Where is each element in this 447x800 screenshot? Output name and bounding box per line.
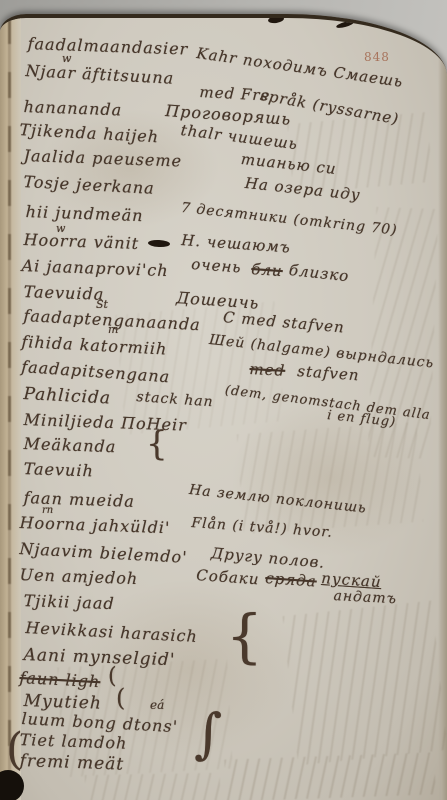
manuscript-word: Ai jaanaprovi'ch xyxy=(21,256,169,280)
superscript-insertion: w xyxy=(62,52,71,65)
grouping-brace: ∫ xyxy=(194,702,222,765)
bleed-through-marks xyxy=(237,422,424,534)
manuscript-word: Meäkanda xyxy=(23,434,116,456)
strikethrough-word: сряда xyxy=(265,569,318,591)
manuscript-word: Tjikii jaad xyxy=(23,591,115,613)
manuscript-gloss: stack han xyxy=(136,389,214,410)
grouping-brace: { xyxy=(226,602,263,670)
bleed-through-marks xyxy=(224,752,435,800)
ink-blot xyxy=(410,26,427,36)
manuscript-gloss: Flån (i två!) hvor. xyxy=(191,515,334,541)
manuscript-gloss: Дошеичь xyxy=(176,288,260,313)
manuscript-gloss: Н. чешаюмъ xyxy=(181,231,292,257)
underlined-word: пускай xyxy=(321,569,382,591)
manuscript-word: Njaavim bielemdo' xyxy=(19,539,188,567)
manuscript-word: Uen amjedoh xyxy=(19,565,138,588)
manuscript-word: Aani mynselgid' xyxy=(23,645,176,670)
manuscript-word: Pahlicida xyxy=(23,384,112,409)
manuscript-word: fremi meät xyxy=(19,751,124,775)
manuscript-word: Jaalida paeuseme xyxy=(23,146,182,171)
manuscript-word: hanananda xyxy=(23,97,122,119)
page-fore-edge xyxy=(438,18,447,800)
grouping-brace: { xyxy=(146,424,168,464)
manuscript-gloss: Собаки xyxy=(196,566,260,588)
manuscript-word: hii jundmeän xyxy=(25,202,144,225)
ink-blot xyxy=(336,20,355,29)
manuscript-word: Taevuih xyxy=(23,459,94,480)
superscript-insertion: St xyxy=(96,298,108,311)
manuscript-word: faadapitsengana xyxy=(21,357,171,386)
manuscript-gloss: На озера иду xyxy=(244,174,361,204)
manuscript-word: Hoorra vänit xyxy=(23,230,139,253)
ink-blot xyxy=(268,15,285,24)
manuscript-gloss: С med stafven xyxy=(222,308,345,337)
manuscript-gloss: близко xyxy=(288,261,350,285)
manuscript-word: Tjikenda haijeh xyxy=(19,120,160,146)
superscript-insertion: m xyxy=(108,323,118,336)
manuscript-word: Tiet lamdoh xyxy=(19,730,127,753)
manuscript-word: Njaar äftitsuuna xyxy=(25,61,175,88)
notebook-page: 848 faadalmaandasier Kahr походимъ Смаеш… xyxy=(0,14,447,800)
manuscript-word: Hoorna jahxüldi' xyxy=(19,513,170,537)
manuscript-gloss: На землю поклонишь xyxy=(188,482,367,517)
manuscript-word: fihida katormiih xyxy=(21,332,168,359)
binding-stitch-line xyxy=(8,18,11,800)
manuscript-word: Hevikkasi harasich xyxy=(25,618,198,646)
superscript-insertion: w xyxy=(56,222,65,235)
manuscript-word: faadalmaandasier xyxy=(27,34,188,59)
ink-blot xyxy=(318,14,329,19)
strikethrough-word: faun ligh xyxy=(19,668,101,691)
bleed-through-marks xyxy=(283,601,447,766)
bleed-through-marks xyxy=(85,773,220,800)
ink-blot xyxy=(148,239,170,247)
superscript-insertion: eá xyxy=(150,698,164,712)
manuscript-word: Taevuida xyxy=(23,282,104,304)
strikethrough-word: бли xyxy=(251,260,284,280)
page-number: 848 xyxy=(364,50,390,64)
manuscript-word: Tosje jeerkana xyxy=(23,172,155,198)
manuscript-gloss: stafven xyxy=(297,362,360,384)
superscript-insertion: rn xyxy=(42,505,53,516)
grouping-brace: ( xyxy=(116,684,125,712)
manuscript-word: faan mueida xyxy=(23,488,135,511)
manuscript-gloss: очень xyxy=(191,255,242,276)
manuscript-photograph: 848 faadalmaandasier Kahr походимъ Смаеш… xyxy=(0,0,447,800)
strikethrough-word: med xyxy=(249,360,286,380)
manuscript-gloss: тианью си xyxy=(240,150,337,178)
manuscript-gloss: андатъ xyxy=(333,588,397,607)
